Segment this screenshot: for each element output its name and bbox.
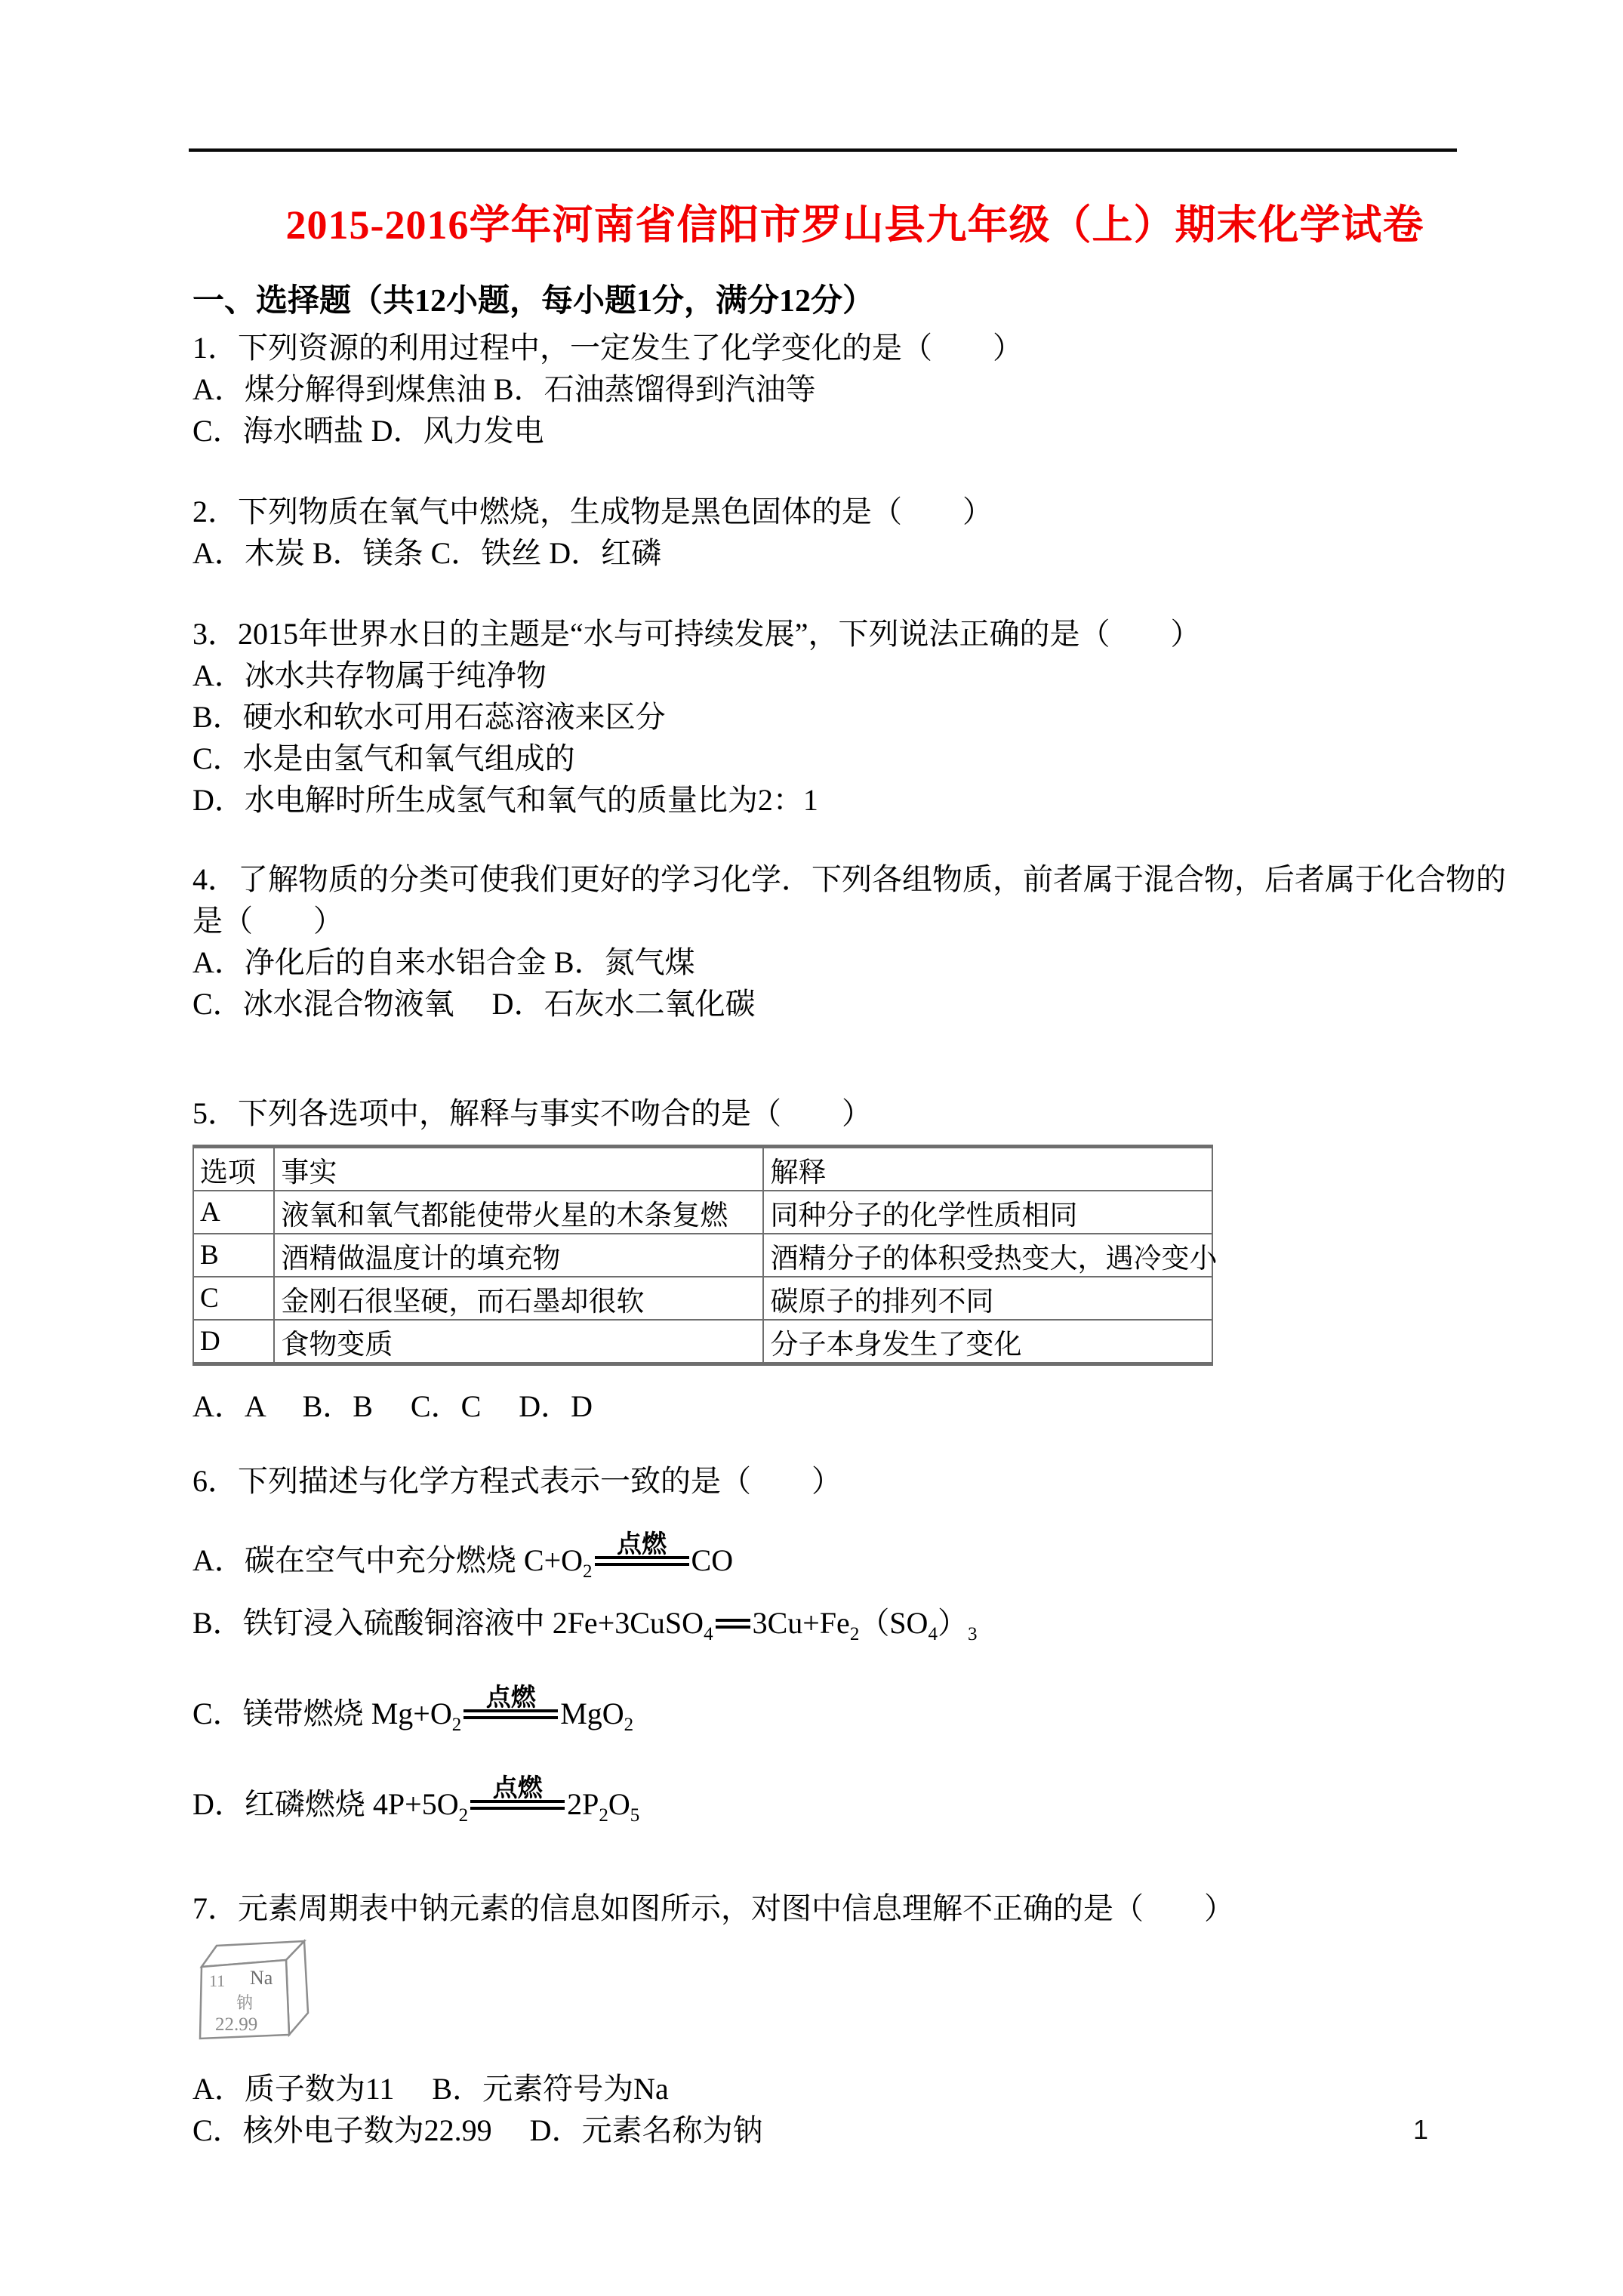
q4-stem-line1: 4．了解物质的分类可使我们更好的学习化学．下列各组物质，前者属于混合物，后者属于… (192, 858, 1517, 900)
cell-fact: 液氧和氧气都能使带火星的木条复燃 (274, 1191, 763, 1234)
exam-page: 2015-2016学年河南省信阳市罗山县九年级（上）期末化学试卷 一、选择题（共… (0, 0, 1623, 2296)
ignite-condition-label: 点燃 (617, 1533, 667, 1558)
q1-options-ab: A．煤分解得到煤焦油 B．石油蒸馏得到汽油等 (192, 368, 1517, 410)
page-title: 2015-2016学年河南省信阳市罗山县九年级（上）期末化学试卷 (192, 198, 1517, 252)
q4-options-ab: A．净化后的自来水铝合金 B．氮气煤 (192, 942, 1517, 983)
q5-answer-choices: A．A B．B C．C D．D (192, 1385, 1517, 1427)
q6-option-d-equation: D．红磷燃烧 4P+5O2点燃2P2O5 (192, 1783, 1517, 1836)
q1-stem: 1．下列资源的利用过程中，一定发生了化学变化的是（ ） (192, 327, 1517, 368)
cell-explanation: 酒精分子的体积受热变大，遇冷变小 (763, 1234, 1212, 1277)
cell-fact: 食物变质 (274, 1320, 763, 1364)
ignite-condition-label: 点燃 (493, 1777, 543, 1801)
q1-options-cd: C．海水晒盐 D．风力发电 (192, 410, 1517, 451)
table-row: B 酒精做温度计的填充物 酒精分子的体积受热变大，遇冷变小 (193, 1234, 1212, 1277)
header-fact: 事实 (274, 1147, 763, 1191)
q2-options: A．木炭 B．镁条 C．铁丝 D．红磷 (192, 532, 1517, 574)
q4-options-cd: C．冰水混合物液氧 D．石灰水二氧化碳 (192, 983, 1517, 1025)
q3-stem: 3．2015年世界水日的主题是“水与可持续发展”，下列说法正确的是（ ） (192, 613, 1517, 655)
q6-option-b-equation: B．铁钉浸入硫酸铜溶液中 2Fe+3CuSO43Cu+Fe2（SO4）3 (192, 1602, 1517, 1655)
table-row: A 液氧和氧气都能使带火星的木条复燃 同种分子的化学性质相同 (193, 1191, 1212, 1234)
q6-option-c-desc: C．镁带燃烧 (192, 1697, 371, 1730)
ignite-equals-bar: 点燃 (470, 1800, 565, 1810)
q6-option-d-desc: D．红磷燃烧 (192, 1787, 373, 1821)
q3-option-c: C．水是由氢气和氧气组成的 (192, 738, 1517, 779)
sodium-element-box-figure: 11 Na 钠 22.99 (194, 1935, 315, 2045)
cell-option: C (193, 1277, 274, 1320)
cell-explanation: 碳原子的排列不同 (763, 1277, 1212, 1320)
atomic-number: 11 (209, 1971, 225, 1990)
cell-option: B (193, 1234, 274, 1277)
cell-explanation: 同种分子的化学性质相同 (763, 1191, 1212, 1234)
equals-bar (716, 1619, 750, 1629)
ignite-equals-bar: 点燃 (463, 1709, 558, 1719)
ignite-condition-label: 点燃 (486, 1686, 536, 1711)
q3-option-b: B．硬水和软水可用石蕊溶液来区分 (192, 696, 1517, 738)
q3-option-a: A．冰水共存物属于纯净物 (192, 655, 1517, 696)
q5-fact-explanation-table: 选项 事实 解释 A 液氧和氧气都能使带火星的木条复燃 同种分子的化学性质相同 … (192, 1145, 1213, 1366)
section-heading: 一、选择题（共12小题，每小题1分，满分12分） (192, 281, 1517, 322)
q7-stem: 7．元素周期表中钠元素的信息如图所示，对图中信息理解不正确的是（ ） (192, 1888, 1517, 1929)
page-content: 2015-2016学年河南省信阳市罗山县九年级（上）期末化学试卷 一、选择题（共… (192, 0, 1517, 2151)
table-row: C 金刚石很坚硬，而石墨却很软 碳原子的排列不同 (193, 1277, 1212, 1320)
table-header-row: 选项 事实 解释 (193, 1147, 1212, 1191)
cell-fact: 酒精做温度计的填充物 (274, 1234, 763, 1277)
q7-options-ab: A．质子数为11 B．元素符号为Na (192, 2068, 1517, 2110)
element-name: 钠 (236, 1993, 253, 2012)
cell-option: A (193, 1191, 274, 1234)
header-option: 选项 (193, 1147, 274, 1191)
q4-stem-line2: 是（ ） (192, 900, 1517, 942)
header-explanation: 解释 (763, 1147, 1212, 1191)
element-symbol: Na (250, 1967, 273, 1989)
q3-option-d: D．水电解时所生成氢气和氧气的质量比为2：1 (192, 779, 1517, 821)
q6-option-a-equation: A．碳在空气中充分燃烧 C+O2点燃CO (192, 1539, 1517, 1592)
page-number: 1 (1413, 2114, 1428, 2146)
q5-stem: 5．下列各选项中，解释与事实不吻合的是（ ） (192, 1093, 1517, 1134)
q6-option-a-desc: A．碳在空气中充分燃烧 (192, 1543, 524, 1577)
q2-stem: 2．下列物质在氧气中燃烧，生成物是黑色固体的是（ ） (192, 491, 1517, 532)
cell-fact: 金刚石很坚硬，而石墨却很软 (274, 1277, 763, 1320)
ignite-equals-bar: 点燃 (595, 1556, 689, 1566)
q6-option-b-desc: B．铁钉浸入硫酸铜溶液中 (192, 1606, 553, 1640)
q6-option-c-equation: C．镁带燃烧 Mg+O2点燃MgO2 (192, 1693, 1517, 1746)
table-row: D 食物变质 分子本身发生了变化 (193, 1320, 1212, 1364)
q7-options-cd: C．核外电子数为22.99 D．元素名称为钠 (192, 2110, 1517, 2151)
cell-explanation: 分子本身发生了变化 (763, 1320, 1212, 1364)
cell-option: D (193, 1320, 274, 1364)
atomic-mass: 22.99 (215, 2014, 257, 2035)
q6-stem: 6．下列描述与化学方程式表示一致的是（ ） (192, 1460, 1517, 1502)
